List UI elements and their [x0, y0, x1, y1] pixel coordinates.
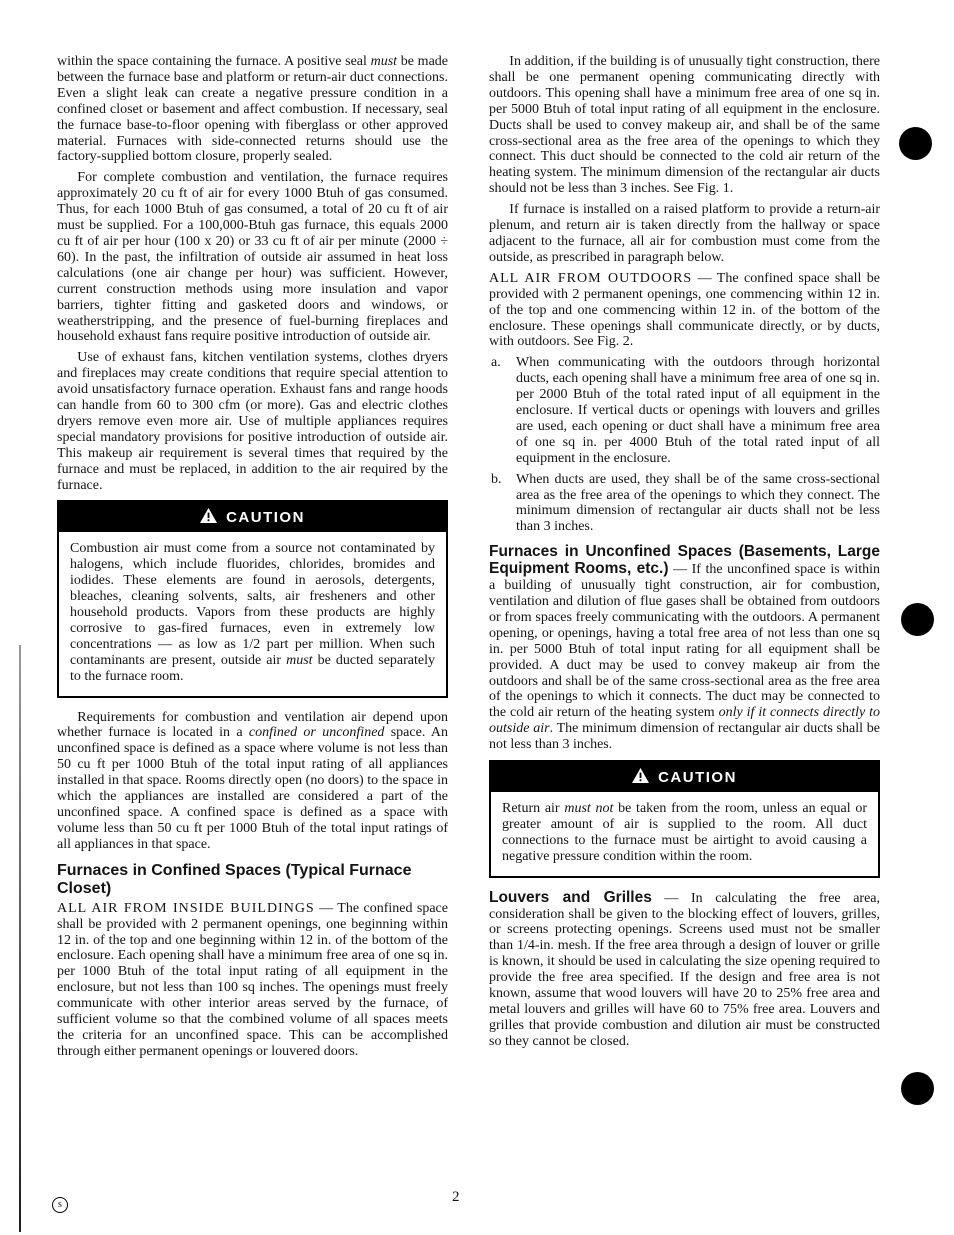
right-column: In addition, if the building is of unusu…: [489, 54, 880, 1055]
caution-label: CAUTION: [226, 510, 305, 526]
caution-box-return-air: CAUTION Return air must not be taken fro…: [489, 760, 880, 878]
paragraph-raised-platform: If furnace is installed on a raised plat…: [489, 202, 880, 266]
caution-body: Return air must not be taken from the ro…: [491, 792, 878, 876]
left-column: within the space containing the furnace.…: [57, 54, 448, 1065]
paragraph-combustion-ventilation: For complete combustion and ventilation,…: [57, 170, 448, 345]
punch-hole-mark: [901, 603, 934, 636]
paragraph-exhaust-fans: Use of exhaust fans, kitchen ventilation…: [57, 350, 448, 493]
document-page: within the space containing the furnace.…: [0, 0, 954, 1235]
paragraph-unconfined-spaces: Furnaces in Unconfined Spaces (Basements…: [489, 544, 880, 753]
page-number: 2: [452, 1190, 460, 1206]
list-item-a-label: a.: [491, 355, 501, 371]
circled-s-stamp: s: [52, 1197, 68, 1213]
warning-triangle-icon: [200, 508, 217, 527]
punch-hole-mark: [899, 127, 932, 160]
paragraph-all-air-outdoors: ALL AIR FROM OUTDOORS — The confined spa…: [489, 271, 880, 351]
scan-line-artifact: [19, 645, 21, 1232]
paragraph-continued: within the space containing the furnace.…: [57, 54, 448, 165]
paragraph-tight-construction: In addition, if the building is of unusu…: [489, 54, 880, 197]
caution-header: CAUTION: [491, 762, 878, 792]
punch-hole-mark: [901, 1072, 934, 1105]
caution-box-combustion-air: CAUTION Combustion air must come from a …: [57, 500, 448, 697]
warning-triangle-icon: [632, 768, 649, 787]
caution-header: CAUTION: [59, 502, 446, 532]
paragraph-louvers-grilles: Louvers and Grilles — In calculating the…: [489, 890, 880, 1050]
list-item-a-text: When communicating with the outdoors thr…: [516, 355, 880, 465]
caution-body: Combustion air must come from a source n…: [59, 532, 446, 695]
list-item-b-text: When ducts are used, they shall be of th…: [516, 472, 880, 535]
caution-label: CAUTION: [658, 770, 737, 786]
paragraph-all-air-inside: ALL AIR FROM INSIDE BUILDINGS — The conf…: [57, 901, 448, 1060]
heading-confined-spaces: Furnaces in Confined Spaces (Typical Fur…: [57, 862, 448, 898]
paragraph-requirements: Requirements for combustion and ventilat…: [57, 710, 448, 853]
list-item-b-label: b.: [491, 472, 502, 488]
list-item-a: a. When communicating with the outdoors …: [489, 355, 880, 466]
list-item-b: b. When ducts are used, they shall be of…: [489, 472, 880, 536]
